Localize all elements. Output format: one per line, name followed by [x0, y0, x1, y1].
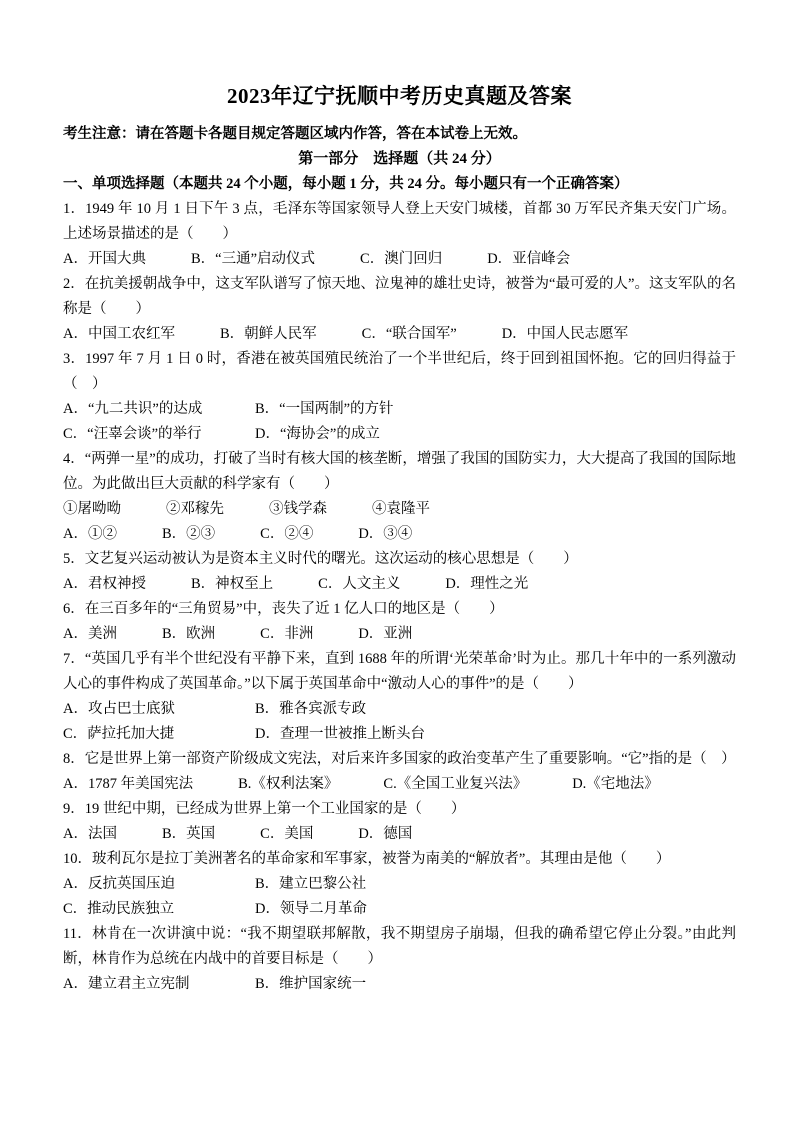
option-cell: A．美洲	[63, 622, 117, 647]
option-row: C．“汪辜会谈”的举行D．“海协会”的成立	[63, 422, 736, 447]
option-cell: B．②③	[162, 522, 215, 547]
option-cell: B．欧洲	[162, 622, 215, 647]
option-cell: C．推动民族独立	[63, 897, 255, 922]
option-cell: C．“联合国军”	[362, 322, 457, 347]
question-stem: 10．玻利瓦尔是拉丁美洲著名的革命家和军事家，被誉为南美的“解放者”。其理由是他…	[63, 847, 736, 872]
question-7: 7．“英国几乎有半个世纪没有平静下来，直到 1688 年的所谓‘光荣革命’时为止…	[63, 647, 736, 747]
option-cell: A．开国大典	[63, 247, 146, 272]
option-row: A．①②B．②③C．②④D．③④	[63, 522, 736, 547]
option-row: A．反抗英国压迫B．建立巴黎公社	[63, 872, 736, 897]
question-stem: 11．林肯在一次讲演中说：“我不期望联邦解散，我不期望房子崩塌，但我的确希望它停…	[63, 922, 736, 972]
question-stem: 4．“两弹一星”的成功，打破了当时有核大国的核垄断，增强了我国的国防实力，大大提…	[63, 447, 736, 497]
option-cell: B．英国	[162, 822, 215, 847]
option-cell: B．维护国家统一	[255, 972, 366, 997]
option-cell: ③钱学森	[269, 497, 327, 522]
option-cell: A．建立君主立宪制	[63, 972, 255, 997]
exam-title: 2023年辽宁抚顺中考历史真题及答案	[63, 82, 736, 110]
option-cell: D.《宅地法》	[572, 772, 659, 797]
option-cell: B．“一国两制”的方针	[255, 397, 394, 422]
option-cell: A．“九二共识”的达成	[63, 397, 255, 422]
section-heading: 第一部分 选择题（共 24 分）	[63, 147, 736, 172]
option-cell: A．1787 年美国宪法	[63, 772, 193, 797]
option-cell: C．②④	[260, 522, 313, 547]
option-row: A．1787 年美国宪法B.《权利法案》C.《全国工业复兴法》D.《宅地法》	[63, 772, 736, 797]
option-cell: ②邓稼先	[166, 497, 224, 522]
question-2: 2．在抗美援朝战争中，这支军队谱写了惊天地、泣鬼神的雄壮史诗，被誉为“最可爱的人…	[63, 272, 736, 347]
question-stem: 1．1949 年 10 月 1 日下午 3 点，毛泽东等国家领导人登上天安门城楼…	[63, 197, 736, 247]
option-row: A．中国工农红军B．朝鲜人民军C．“联合国军”D．中国人民志愿军	[63, 322, 736, 347]
option-cell: D．中国人民志愿军	[502, 322, 628, 347]
question-stem: 8．它是世界上第一部资产阶级成文宪法，对后来许多国家的政治变革产生了重要影响。“…	[63, 747, 736, 772]
option-cell: A．法国	[63, 822, 117, 847]
option-cell: A．中国工农红军	[63, 322, 175, 347]
option-cell: C．人文主义	[318, 572, 400, 597]
option-cell: ④袁隆平	[372, 497, 430, 522]
question-3: 3．1997 年 7 月 1 日 0 时，香港在被英国殖民统治了一个半世纪后，终…	[63, 347, 736, 447]
option-cell: B.《权利法案》	[238, 772, 338, 797]
option-cell: A．君权神授	[63, 572, 146, 597]
option-row: A．建立君主立宪制B．维护国家统一	[63, 972, 736, 997]
option-row: A．美洲B．欧洲C．非洲D．亚洲	[63, 622, 736, 647]
option-cell: C．美国	[260, 822, 313, 847]
question-stem: 3．1997 年 7 月 1 日 0 时，香港在被英国殖民统治了一个半世纪后，终…	[63, 347, 736, 397]
option-cell: A．反抗英国压迫	[63, 872, 255, 897]
exam-page: 2023年辽宁抚顺中考历史真题及答案 考生注意：请在答题卡各题目规定答题区域内作…	[0, 0, 794, 1123]
option-row: ①屠呦呦②邓稼先③钱学森④袁隆平	[63, 497, 736, 522]
option-cell: D．亚洲	[358, 622, 412, 647]
question-5: 5．文艺复兴运动被认为是资本主义时代的曙光。这次运动的核心思想是（ ）A．君权神…	[63, 547, 736, 597]
question-stem: 7．“英国几乎有半个世纪没有平静下来，直到 1688 年的所谓‘光荣革命’时为止…	[63, 647, 736, 697]
option-cell: B．建立巴黎公社	[255, 872, 366, 897]
option-row: C．萨拉托加大捷D．查理一世被推上断头台	[63, 722, 736, 747]
option-cell: D．③④	[358, 522, 412, 547]
option-row: A．“九二共识”的达成B．“一国两制”的方针	[63, 397, 736, 422]
questions-list: 1．1949 年 10 月 1 日下午 3 点，毛泽东等国家领导人登上天安门城楼…	[63, 197, 736, 997]
option-row: A．君权神授B．神权至上C．人文主义D．理性之光	[63, 572, 736, 597]
option-cell: ①屠呦呦	[63, 497, 121, 522]
question-6: 6．在三百多年的“三角贸易”中，丧失了近 1 亿人口的地区是（ ）A．美洲B．欧…	[63, 597, 736, 647]
option-row: A．法国B．英国C．美国D．德国	[63, 822, 736, 847]
question-stem: 2．在抗美援朝战争中，这支军队谱写了惊天地、泣鬼神的雄壮史诗，被誉为“最可爱的人…	[63, 272, 736, 322]
question-4: 4．“两弹一星”的成功，打破了当时有核大国的核垄断，增强了我国的国防实力，大大提…	[63, 447, 736, 547]
question-stem: 9．19 世纪中期，已经成为世界上第一个工业国家的是（ ）	[63, 797, 736, 822]
part-heading: 一、单项选择题（本题共 24 个小题，每小题 1 分，共 24 分。每小题只有一…	[63, 172, 736, 197]
option-cell: D．亚信峰会	[487, 247, 570, 272]
question-8: 8．它是世界上第一部资产阶级成文宪法，对后来许多国家的政治变革产生了重要影响。“…	[63, 747, 736, 797]
option-row: A．攻占巴士底狱B．雅各宾派专政	[63, 697, 736, 722]
option-cell: D．领导二月革命	[255, 897, 367, 922]
candidate-notice: 考生注意：请在答题卡各题目规定答题区域内作答，答在本试卷上无效。	[63, 122, 736, 147]
option-cell: D．理性之光	[445, 572, 528, 597]
option-cell: C．澳门回归	[360, 247, 442, 272]
option-cell: A．①②	[63, 522, 117, 547]
option-cell: C．萨拉托加大捷	[63, 722, 255, 747]
option-row: C．推动民族独立D．领导二月革命	[63, 897, 736, 922]
option-cell: C.《全国工业复兴法》	[383, 772, 527, 797]
option-cell: C．“汪辜会谈”的举行	[63, 422, 255, 447]
question-9: 9．19 世纪中期，已经成为世界上第一个工业国家的是（ ）A．法国B．英国C．美…	[63, 797, 736, 847]
question-11: 11．林肯在一次讲演中说：“我不期望联邦解散，我不期望房子崩塌，但我的确希望它停…	[63, 922, 736, 997]
question-10: 10．玻利瓦尔是拉丁美洲著名的革命家和军事家，被誉为南美的“解放者”。其理由是他…	[63, 847, 736, 922]
option-row: A．开国大典B．“三通”启动仪式C．澳门回归D．亚信峰会	[63, 247, 736, 272]
question-1: 1．1949 年 10 月 1 日下午 3 点，毛泽东等国家领导人登上天安门城楼…	[63, 197, 736, 272]
option-cell: D．德国	[358, 822, 412, 847]
question-stem: 5．文艺复兴运动被认为是资本主义时代的曙光。这次运动的核心思想是（ ）	[63, 547, 736, 572]
question-stem: 6．在三百多年的“三角贸易”中，丧失了近 1 亿人口的地区是（ ）	[63, 597, 736, 622]
option-cell: B．神权至上	[191, 572, 273, 597]
option-cell: B．朝鲜人民军	[220, 322, 317, 347]
option-cell: B．雅各宾派专政	[255, 697, 366, 722]
option-cell: D．查理一世被推上断头台	[255, 722, 425, 747]
option-cell: D．“海协会”的成立	[255, 422, 380, 447]
option-cell: B．“三通”启动仪式	[191, 247, 315, 272]
option-cell: C．非洲	[260, 622, 313, 647]
option-cell: A．攻占巴士底狱	[63, 697, 255, 722]
